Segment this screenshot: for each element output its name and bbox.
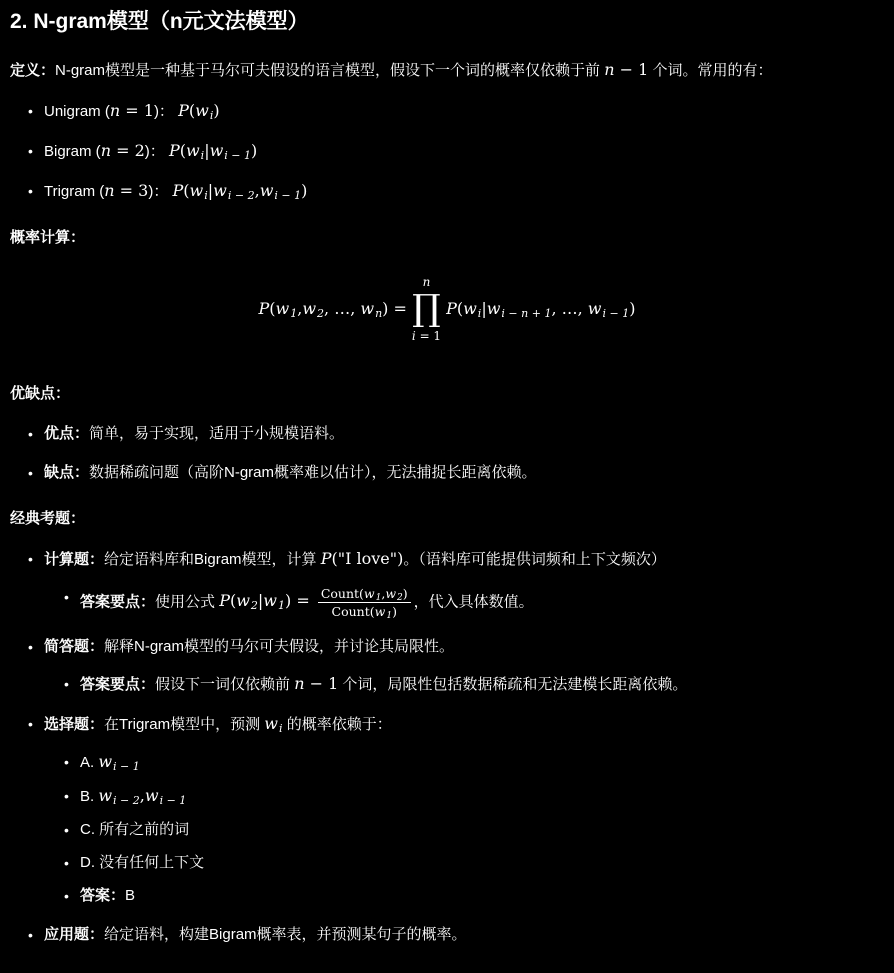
document: 2. N-gram模型（n元文法模型） 定义：N-gram模型是一种基于马尔可夫… — [10, 8, 884, 946]
choice-question-text-before: 在Trigram模型中，预测 — [104, 716, 264, 733]
pros-cons-heading: 优缺点： — [10, 383, 884, 405]
probability-calc-heading: 概率计算： — [10, 227, 884, 249]
option-a-math: wi − 1 — [98, 752, 139, 771]
definition-text-before: N-gram模型是一种基于马尔可夫假设的语言模型，假设下一个词的概率仅依赖于前 — [55, 62, 604, 79]
option-b-label: B. — [80, 788, 98, 805]
trigram-text: Trigram ( — [44, 183, 104, 200]
calc-answer-text-after: ，代入具体数值。 — [414, 593, 534, 610]
definition-text-after: 个词。常用的有： — [648, 62, 772, 79]
pros-cons-list: 优点：简单，易于实现，适用于小规模语料。 缺点：数据稀疏问题（高阶N-gram概… — [10, 423, 884, 484]
unigram-formula-math: P(wi) — [178, 101, 220, 120]
list-item-pros: 优点：简单，易于实现，适用于小规模语料。 — [44, 423, 884, 445]
short-answer-text-before: 假设下一词仅依赖前 — [155, 676, 294, 693]
option-d-label: D. 没有任何上下文 — [80, 854, 204, 871]
list-item-choice-question: 选择题：在Trigram模型中，预测 wi 的概率依赖于： A. wi − 1 … — [44, 713, 884, 907]
pros-cons-label: 优缺点： — [10, 385, 70, 402]
classic-questions-heading: 经典考题： — [10, 508, 884, 530]
list-item-choice-answer: 答案：B — [80, 885, 884, 907]
option-c: C. 所有之前的词 — [80, 819, 884, 841]
product-symbol-icon: ∏ — [412, 289, 441, 329]
application-question-label: 应用题： — [44, 926, 104, 943]
definition-label: 定义： — [10, 62, 55, 79]
trigram-condition-math: n = 3 — [104, 181, 148, 200]
choice-answer-label: 答案： — [80, 887, 125, 904]
probability-calc-label: 概率计算： — [10, 229, 85, 246]
option-b: B. wi − 2,wi − 1 — [80, 785, 884, 808]
calc-question-text-before: 给定语料库和Bigram模型，计算 — [104, 551, 321, 568]
questions-list: 计算题：给定语料库和Bigram模型，计算 P("I love")。（语料库可能… — [10, 548, 884, 946]
list-item-calc-question: 计算题：给定语料库和Bigram模型，计算 P("I love")。（语料库可能… — [44, 548, 884, 619]
choice-question-text-after: 的概率依赖于： — [283, 716, 392, 733]
ngram-type-list: Unigram (n = 1)： P(wi) Bigram (n = 2)： P… — [10, 100, 884, 203]
classic-questions-label: 经典考题： — [10, 510, 85, 527]
list-item-trigram: Trigram (n = 3)： P(wi|wi − 2,wi − 1) — [44, 180, 884, 203]
fraction-numerator: Count(w1,w2) — [318, 586, 411, 603]
fraction-denominator: Count(w1) — [332, 603, 397, 619]
pros-text: 简单，易于实现，适用于小规模语料。 — [89, 425, 344, 442]
calc-question-label: 计算题： — [44, 551, 104, 568]
option-d: D. 没有任何上下文 — [80, 852, 884, 874]
probability-formula: P(w1,w2, …, wn) = n ∏ i = 1 P(wi|wi − n … — [10, 275, 884, 343]
formula-lhs: P(w1,w2, …, wn) = — [259, 298, 407, 320]
definition-paragraph: 定义：N-gram模型是一种基于马尔可夫假设的语言模型，假设下一个词的概率仅依赖… — [10, 59, 884, 82]
math-n-minus-1: n − 1 — [604, 60, 648, 79]
choice-answer-text: B — [125, 887, 135, 904]
trigram-text-post: )： — [148, 183, 172, 200]
unigram-text: Unigram ( — [44, 103, 110, 120]
calc-question-math: P("I love") — [321, 549, 404, 568]
list-item-short-answer: 答案要点：假设下一词仅依赖前 n − 1 个词，局限性包括数据稀疏和无法建模长距… — [80, 673, 884, 696]
list-item-short-answer-question: 简答题：解释N-gram模型的马尔可夫假设，并讨论其局限性。 答案要点：假设下一… — [44, 636, 884, 696]
count-fraction: Count(w1,w2)Count(w1) — [318, 586, 411, 619]
list-item-unigram: Unigram (n = 1)： P(wi) — [44, 100, 884, 123]
bigram-condition-math: n = 2 — [101, 141, 145, 160]
short-answer-question-label: 简答题： — [44, 638, 104, 655]
list-item-cons: 缺点：数据稀疏问题（高阶N-gram概率难以估计），无法捕捉长距离依赖。 — [44, 462, 884, 484]
choice-options-list: A. wi − 1 B. wi − 2,wi − 1 C. 所有之前的词 D. … — [44, 751, 884, 907]
bigram-formula-math: P(wi|wi − 1) — [169, 141, 257, 160]
bigram-text-post: )： — [145, 143, 169, 160]
choice-question-math: wi — [264, 714, 282, 733]
product-lower-limit: i = 1 — [412, 329, 441, 343]
option-a: A. wi − 1 — [80, 751, 884, 774]
short-answer-math: n − 1 — [294, 674, 338, 693]
calc-answer-list: 答案要点：使用公式 P(w2|w1) = Count(w1,w2)Count(w… — [44, 586, 884, 619]
trigram-formula-math: P(wi|wi − 2,wi − 1) — [173, 181, 308, 200]
product-operator: n ∏ i = 1 — [412, 275, 441, 343]
cons-label: 缺点： — [44, 464, 89, 481]
option-a-label: A. — [80, 754, 98, 771]
calc-answer-lhs-math: P(w2|w1) = — [219, 591, 315, 610]
formula-rhs: P(wi|wi − n + 1, …, wi − 1) — [446, 298, 635, 320]
list-item-calc-answer: 答案要点：使用公式 P(w2|w1) = Count(w1,w2)Count(w… — [80, 586, 884, 619]
list-item-bigram: Bigram (n = 2)： P(wi|wi − 1) — [44, 140, 884, 163]
calc-question-text-after: 。（语料库可能提供词频和上下文频次） — [403, 551, 666, 568]
unigram-condition-math: n = 1 — [110, 101, 154, 120]
short-answer-label: 答案要点： — [80, 676, 155, 693]
pros-label: 优点： — [44, 425, 89, 442]
short-answer-list: 答案要点：假设下一词仅依赖前 n − 1 个词，局限性包括数据稀疏和无法建模长距… — [44, 673, 884, 696]
product-upper-limit: n — [423, 275, 431, 289]
short-answer-question-text: 解释N-gram模型的马尔可夫假设，并讨论其局限性。 — [104, 638, 454, 655]
option-c-label: C. 所有之前的词 — [80, 821, 189, 838]
short-answer-text-after: 个词，局限性包括数据稀疏和无法建模长距离依赖。 — [338, 676, 687, 693]
unigram-text-post: )： — [154, 103, 178, 120]
calc-answer-text-before: 使用公式 — [155, 593, 219, 610]
application-question-text: 给定语料，构建Bigram概率表，并预测某句子的概率。 — [104, 926, 467, 943]
choice-question-label: 选择题： — [44, 716, 104, 733]
option-b-math: wi − 2,wi − 1 — [98, 786, 186, 805]
cons-text: 数据稀疏问题（高阶N-gram概率难以估计），无法捕捉长距离依赖。 — [89, 464, 537, 481]
bigram-text: Bigram ( — [44, 143, 101, 160]
list-item-application-question: 应用题：给定语料，构建Bigram概率表，并预测某句子的概率。 — [44, 924, 884, 946]
page-title: 2. N-gram模型（n元文法模型） — [10, 8, 884, 35]
calc-answer-label: 答案要点： — [80, 593, 155, 610]
